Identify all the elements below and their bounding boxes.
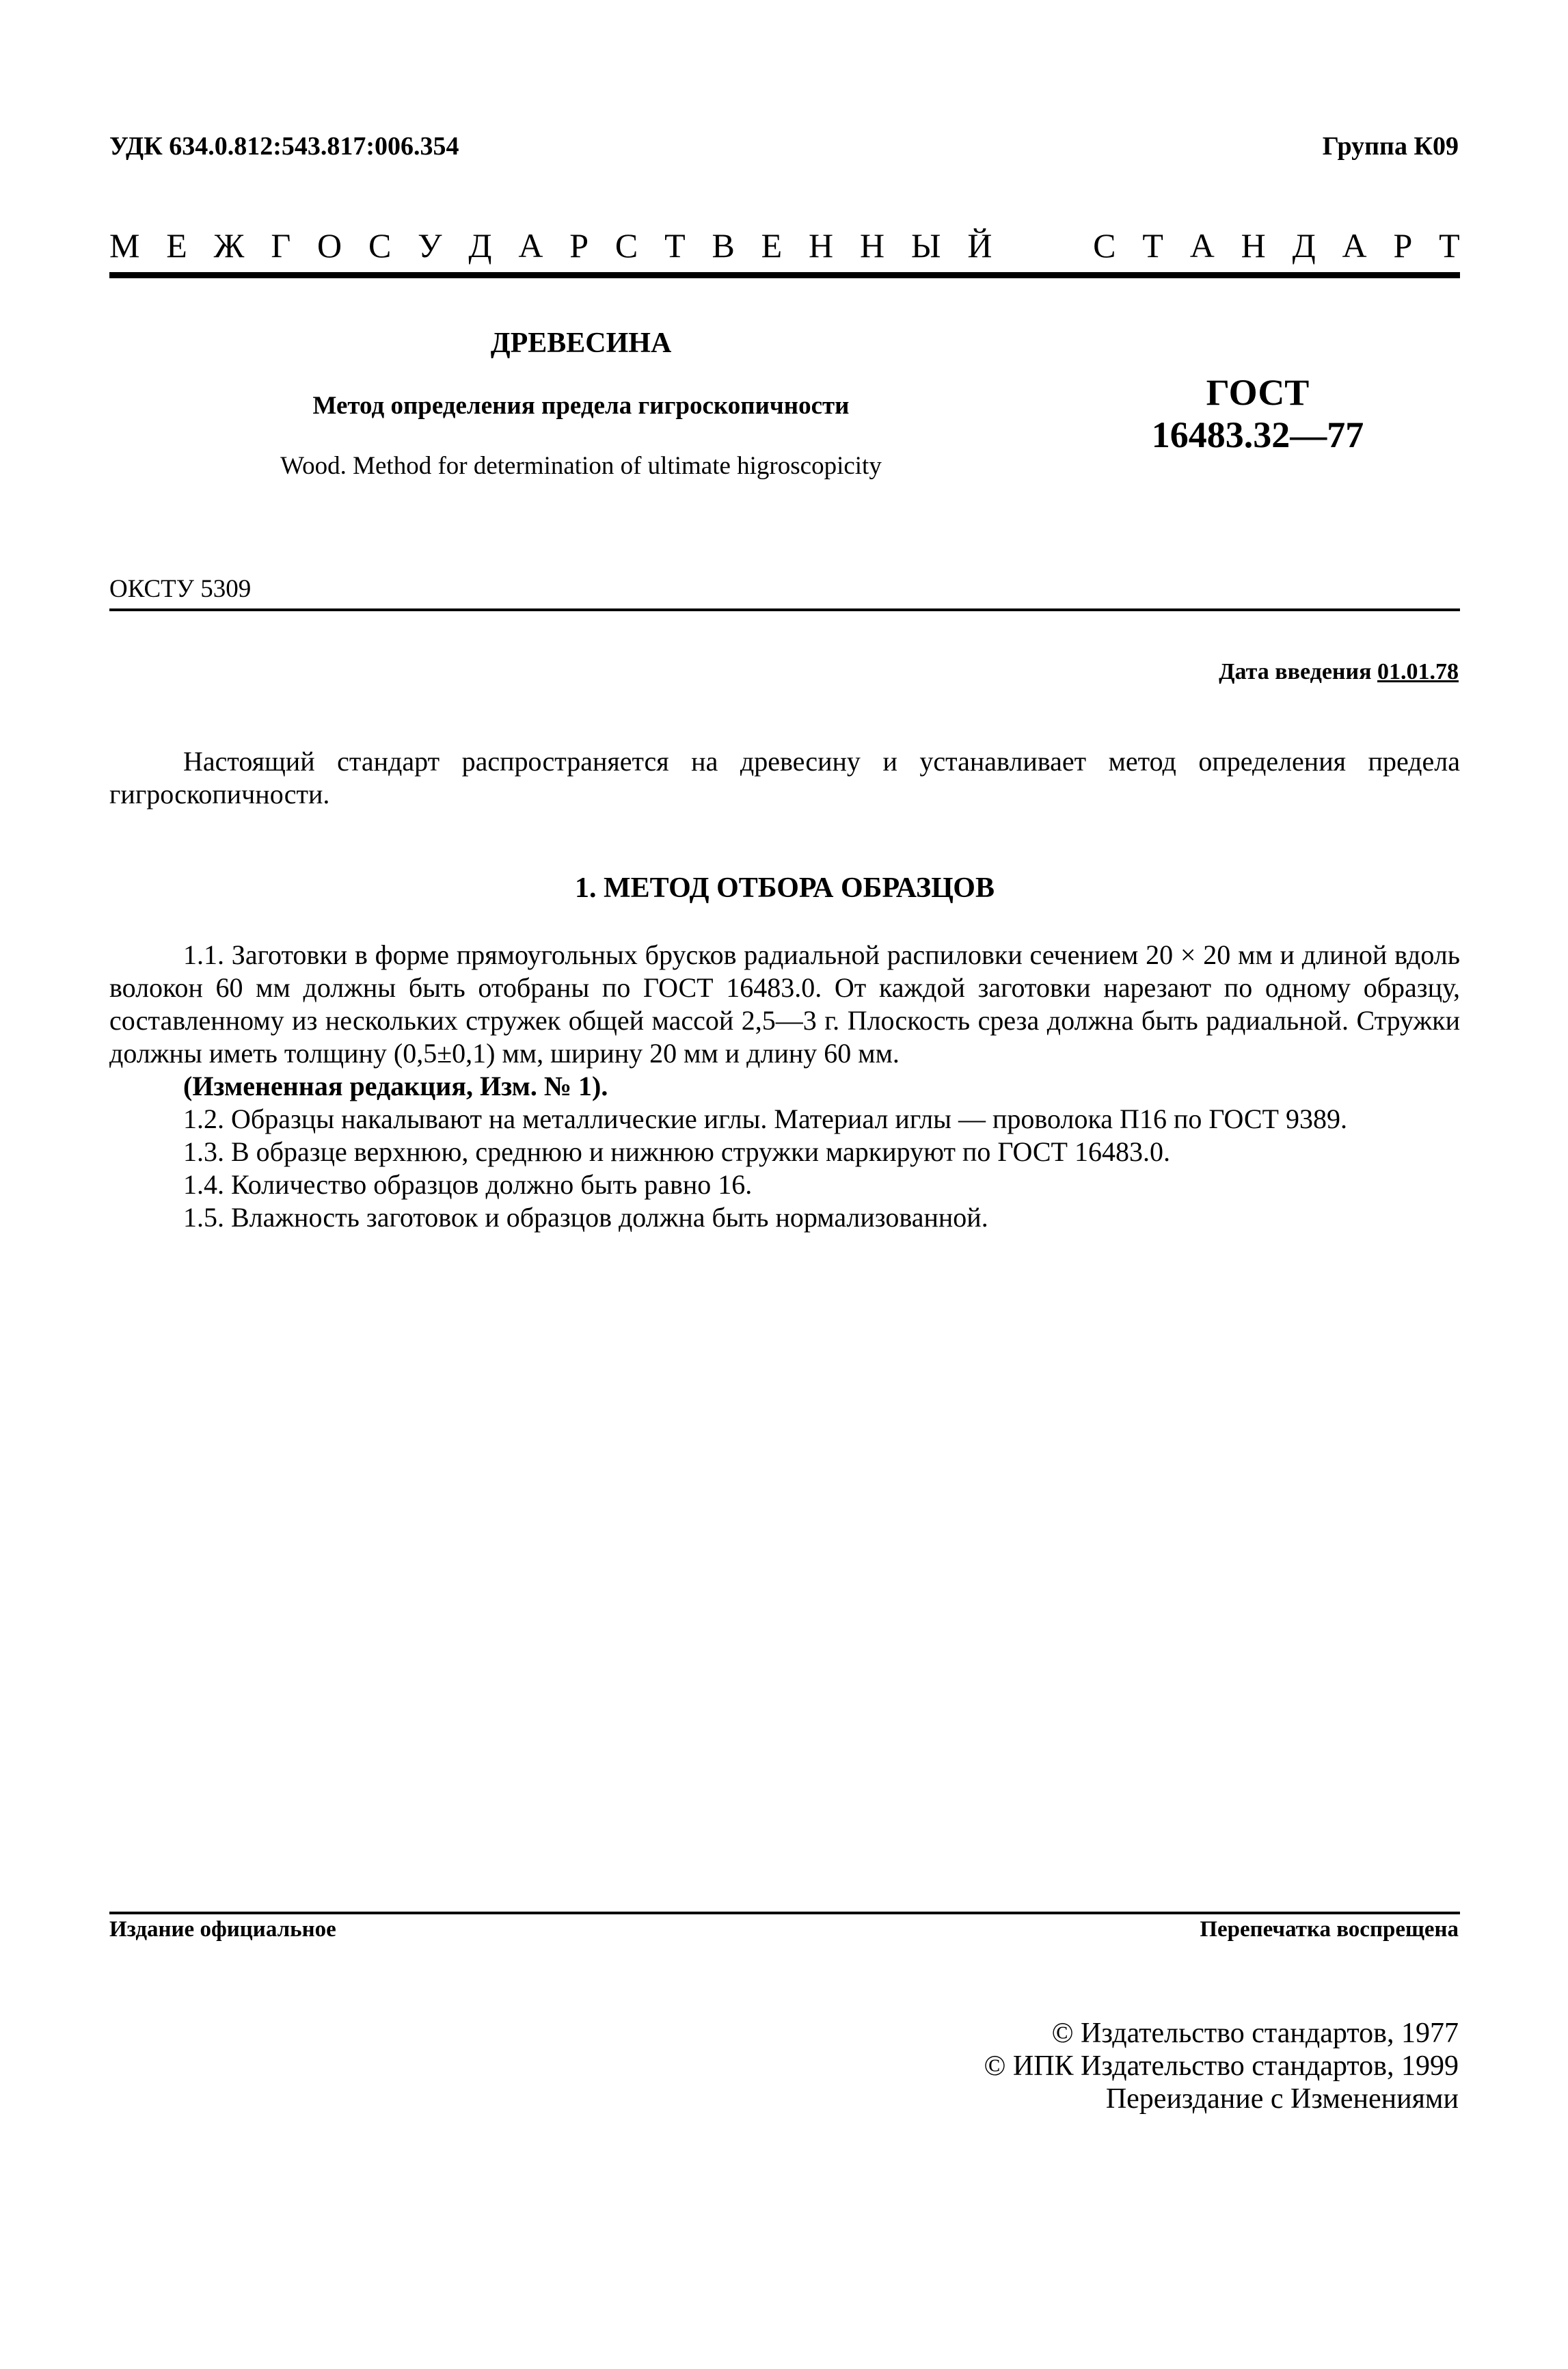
- banner-letter: А: [1190, 226, 1215, 265]
- copyright-line: © ИПК Издательство стандартов, 1999: [984, 2050, 1459, 2083]
- banner-letter: Н: [860, 226, 884, 265]
- banner-letter: У: [418, 226, 442, 265]
- banner-letter: О: [317, 226, 342, 265]
- section-items: 1.1. Заготовки в форме прямоугольных бру…: [109, 939, 1460, 1234]
- banner-letter: Т: [664, 226, 686, 265]
- intro-date: Дата введения 01.01.78: [1219, 659, 1459, 685]
- clause-item: 1.1. Заготовки в форме прямоугольных бру…: [109, 939, 1460, 1070]
- gost-label: ГОСТ: [1121, 371, 1394, 414]
- banner-letter: В: [712, 226, 734, 265]
- clause-item: 1.4. Количество образцов должно быть рав…: [109, 1168, 1460, 1201]
- group-code: Группа К09: [1323, 131, 1459, 161]
- gost-number: 16483.32—77: [1121, 414, 1394, 456]
- banner-letter: А: [518, 226, 543, 265]
- header-divider: [109, 272, 1460, 278]
- footer-divider: [109, 1912, 1460, 1914]
- standard-banner: МЕЖГОСУДАРСТВЕННЫЙСТАНДАРТ: [109, 226, 1460, 265]
- clause-item: 1.2. Образцы накалывают на металлические…: [109, 1103, 1460, 1136]
- banner-letter: Н: [809, 226, 833, 265]
- banner-letter: С: [1093, 226, 1116, 265]
- intro-paragraph: Настоящий стандарт распространяется на д…: [109, 745, 1460, 811]
- banner-letter: А: [1342, 226, 1367, 265]
- banner-letter: Е: [761, 226, 783, 265]
- banner-letter: Д: [1293, 226, 1316, 265]
- document-subtitle: Метод определения предела гигроскопичнос…: [109, 391, 1053, 420]
- copyright-line: © Издательство стандартов, 1977: [984, 2017, 1459, 2050]
- banner-letter: Р: [569, 226, 589, 265]
- udk-code: УДК 634.0.812:543.817:006.354: [109, 131, 459, 161]
- section-heading: 1. МЕТОД ОТБОРА ОБРАЗЦОВ: [109, 872, 1460, 905]
- okstu-code: ОКСТУ 5309: [109, 574, 251, 604]
- banner-letter: С: [615, 226, 638, 265]
- banner-letter: Р: [1393, 226, 1412, 265]
- banner-letter: С: [368, 226, 391, 265]
- intro-date-value: 01.01.78: [1377, 659, 1459, 684]
- okstu-divider: [109, 608, 1460, 611]
- reprint-prohibited-label: Перепечатка воспрещена: [1200, 1917, 1459, 1942]
- clause-item: 1.3. В образце верхнюю, среднюю и нижнюю…: [109, 1136, 1460, 1168]
- copyright-block: © Издательство стандартов, 1977© ИПК Изд…: [984, 2017, 1459, 2115]
- english-title: Wood. Method for determination of ultima…: [109, 451, 1053, 481]
- clause-item: 1.5. Влажность заготовок и образцов долж…: [109, 1201, 1460, 1234]
- banner-letter: Ж: [214, 226, 245, 265]
- banner-gap: [1018, 226, 1066, 265]
- banner-letter: Ы: [911, 226, 941, 265]
- document-title: ДРЕВЕСИНА: [109, 327, 1053, 360]
- banner-letter: Й: [967, 226, 992, 265]
- official-edition-label: Издание официальное: [109, 1917, 336, 1942]
- banner-letter: Д: [468, 226, 491, 265]
- amendment-note: (Измененная редакция, Изм. № 1).: [109, 1070, 1460, 1103]
- gost-designation: ГОСТ 16483.32—77: [1121, 371, 1394, 456]
- banner-letter: Т: [1142, 226, 1163, 265]
- banner-letter: Н: [1241, 226, 1266, 265]
- banner-letter: М: [109, 226, 139, 265]
- banner-letter: Е: [166, 226, 187, 265]
- copyright-line: Переиздание с Изменениями: [984, 2083, 1459, 2115]
- intro-date-label: Дата введения: [1219, 659, 1371, 684]
- banner-letter: Т: [1439, 226, 1460, 265]
- banner-letter: Г: [271, 226, 290, 265]
